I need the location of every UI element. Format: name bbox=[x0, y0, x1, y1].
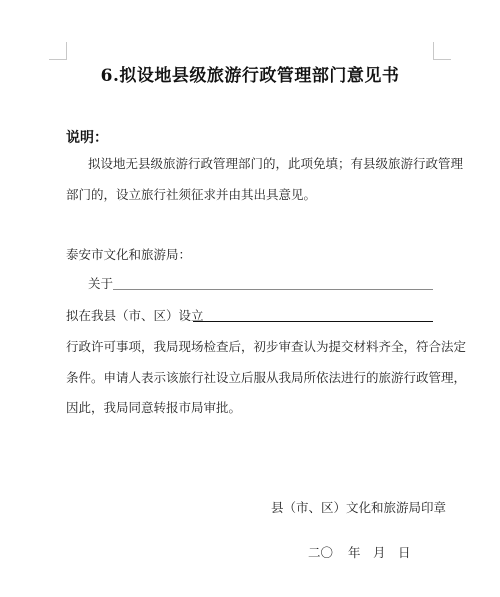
note-line-1: 拟设地无县级旅游行政管理部门的，此项免填；有县级旅游行政管理 bbox=[88, 156, 463, 172]
date-month-label: 月 bbox=[373, 545, 386, 561]
establish-fill-blank[interactable] bbox=[193, 321, 433, 322]
body-line-1: 行政许可事项，我局现场检查后，初步审查认为提交材料齐全，符合法定 bbox=[66, 339, 466, 355]
about-fill-blank[interactable] bbox=[113, 289, 433, 290]
date-year-prefix: 二〇 bbox=[308, 545, 333, 561]
margin-corner-mark-top-right bbox=[433, 42, 451, 60]
body-line-2: 条件。申请人表示该旅行社设立后服从我局所依法进行的旅游行政管理， bbox=[66, 370, 466, 386]
note-label: 说明： bbox=[66, 127, 108, 147]
document-title: 6.拟设地县级旅游行政管理部门意见书 bbox=[0, 61, 500, 86]
body-line-3: 因此，我局同意转报市局审批。 bbox=[66, 400, 241, 416]
seal-label: 县（市、区）文化和旅游局印章 bbox=[271, 500, 446, 516]
margin-corner-mark-top-left bbox=[49, 42, 67, 60]
about-label: 关于 bbox=[88, 276, 113, 292]
addressee: 泰安市文化和旅游局： bbox=[66, 247, 191, 263]
note-line-2: 部门的，设立旅行社须征求并由其出具意见。 bbox=[66, 187, 316, 203]
date-day-label: 日 bbox=[398, 545, 411, 561]
establish-label: 拟在我县（市、区）设立 bbox=[66, 308, 204, 324]
date-year-label: 年 bbox=[348, 545, 361, 561]
